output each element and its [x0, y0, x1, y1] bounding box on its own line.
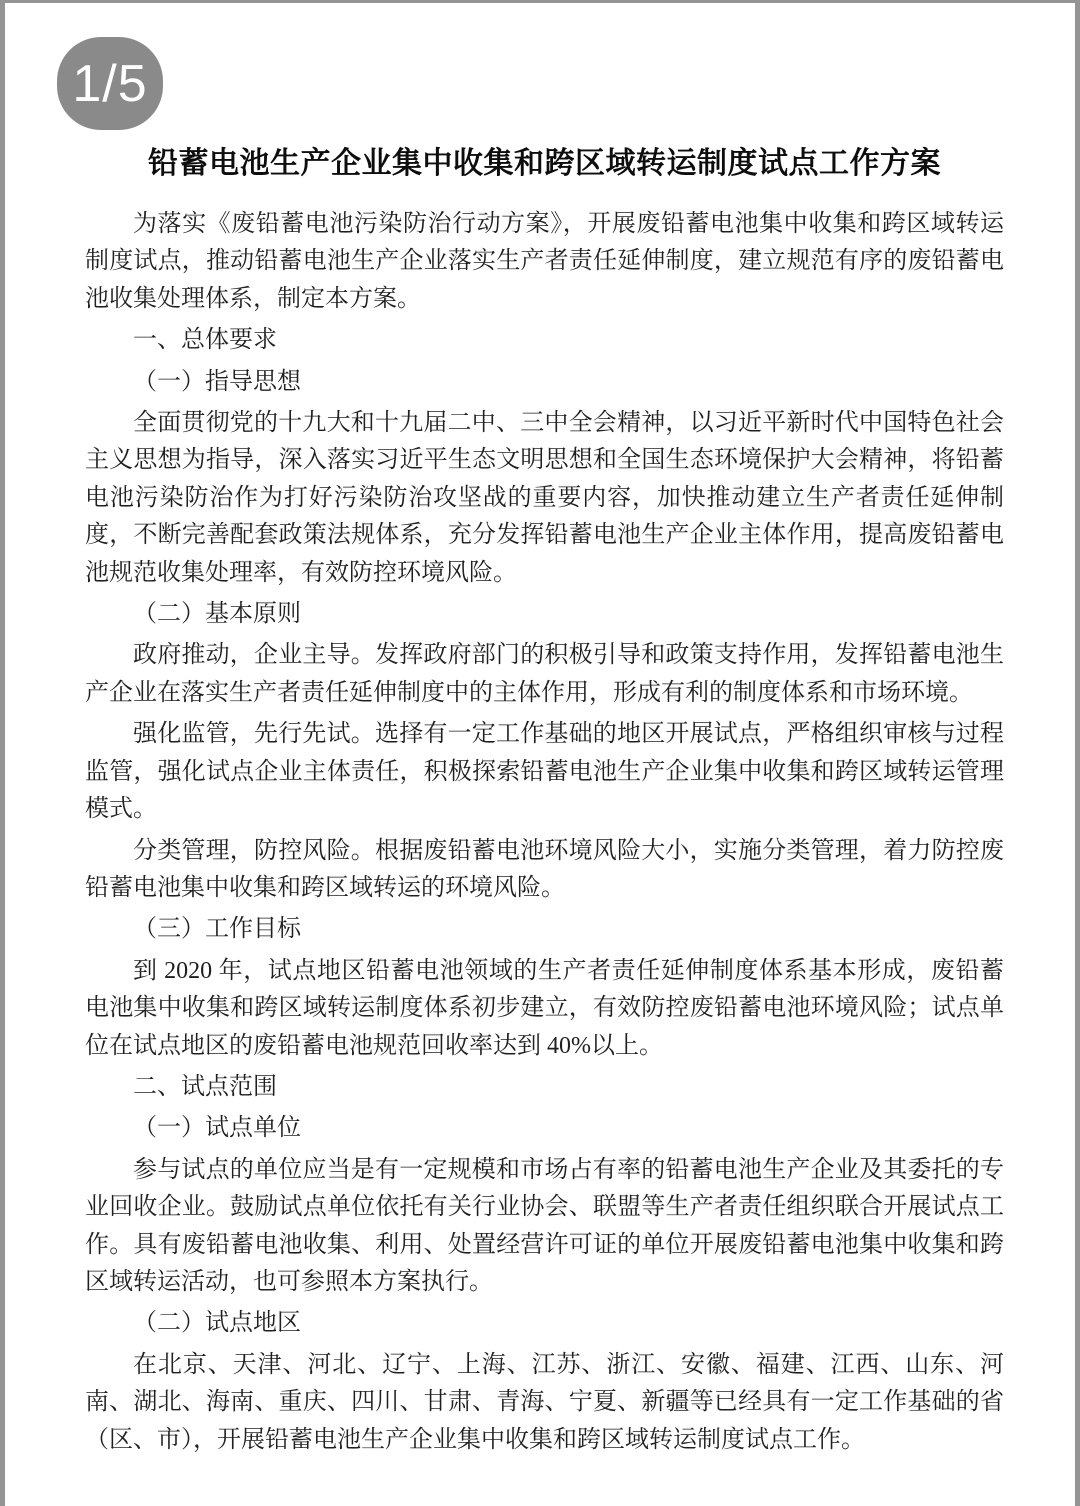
page-edge-right — [1075, 0, 1080, 1506]
page-edge-left — [0, 0, 5, 1506]
document-title: 铅蓄电池生产企业集中收集和跨区域转运制度试点工作方案 — [85, 142, 1004, 186]
page-number-badge: 1/5 — [57, 37, 163, 130]
document-paragraph: 在北京、天津、河北、辽宁、上海、江苏、浙江、安徽、福建、江西、山东、河南、湖北、… — [85, 1347, 1004, 1459]
section-heading: 二、试点范围 — [85, 1069, 1004, 1106]
section-heading: （一）试点单位 — [85, 1110, 1004, 1147]
section-heading: （三）工作目标 — [85, 911, 1004, 948]
section-heading: （一）指导思想 — [85, 364, 1004, 401]
document-paragraph: 分类管理，防控风险。根据废铅蓄电池环境风险大小，实施分类管理，着力防控废铅蓄电池… — [85, 833, 1004, 908]
document-content: 铅蓄电池生产企业集中收集和跨区域转运制度试点工作方案 为落实《废铅蓄电池污染防治… — [85, 142, 1004, 1463]
document-paragraph: 强化监管，先行先试。选择有一定工作基础的地区开展试点，严格组织审核与过程监管，强… — [85, 716, 1004, 828]
section-heading: （二）试点地区 — [85, 1305, 1004, 1342]
document-body: 为落实《废铅蓄电池污染防治行动方案》，开展废铅蓄电池集中收集和跨区域转运制度试点… — [85, 206, 1004, 1459]
document-paragraph: 到 2020 年，试点地区铅蓄电池领域的生产者责任延伸制度体系基本形成，废铅蓄电… — [85, 953, 1004, 1065]
section-heading: 一、总体要求 — [85, 322, 1004, 359]
document-page: 1/5 铅蓄电池生产企业集中收集和跨区域转运制度试点工作方案 为落实《废铅蓄电池… — [0, 0, 1080, 1506]
document-paragraph: 参与试点的单位应当是有一定规模和市场占有率的铅蓄电池生产企业及其委托的专业回收企… — [85, 1152, 1004, 1302]
document-paragraph: 政府推动，企业主导。发挥政府部门的积极引导和政策支持作用，发挥铅蓄电池生产企业在… — [85, 637, 1004, 712]
page-edge-top — [0, 0, 1080, 3]
document-paragraph: 全面贯彻党的十九大和十九届二中、三中全会精神，以习近平新时代中国特色社会主义思想… — [85, 405, 1004, 592]
section-heading: （二）基本原则 — [85, 596, 1004, 633]
document-paragraph: 为落实《废铅蓄电池污染防治行动方案》，开展废铅蓄电池集中收集和跨区域转运制度试点… — [85, 206, 1004, 318]
